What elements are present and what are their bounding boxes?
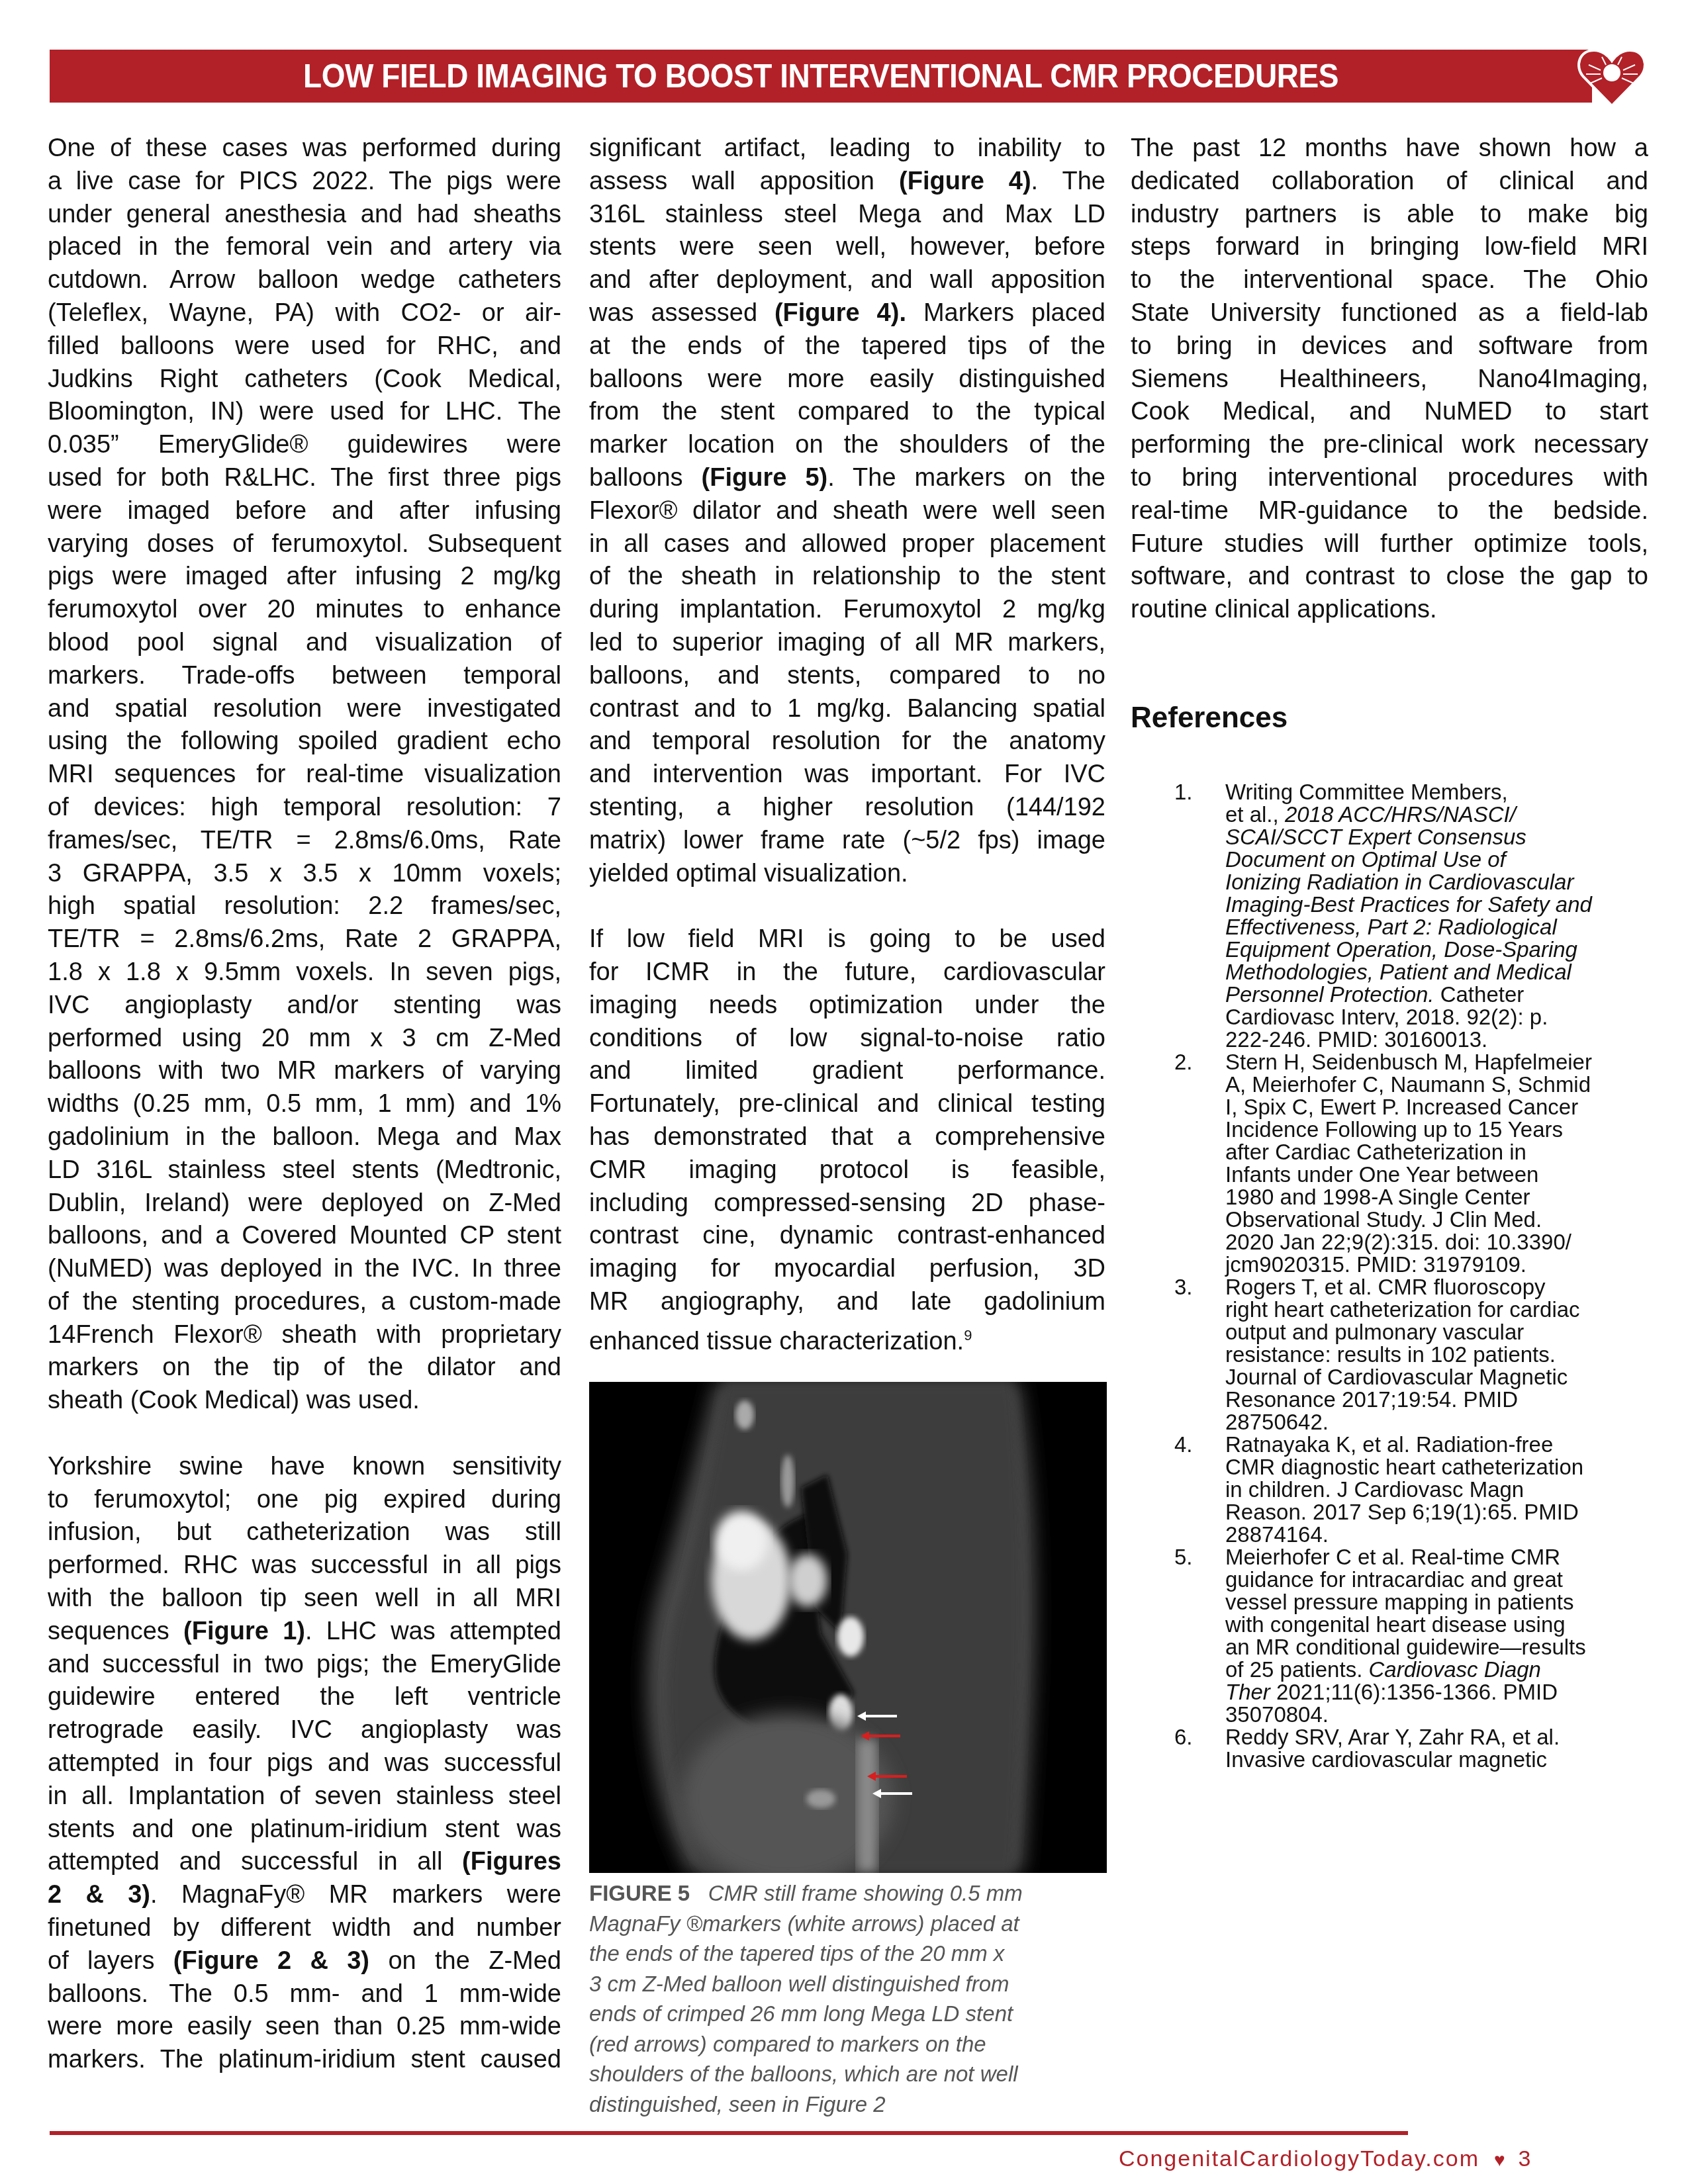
reference-line: Meierhofer C et al. Real-time CMR xyxy=(1225,1546,1660,1569)
reference-line: Journal of Cardiovascular Magnetic xyxy=(1225,1366,1660,1388)
reference-line: guidance for intracardiac and great xyxy=(1225,1569,1660,1591)
text: . The markers on the xyxy=(827,464,1105,492)
page-number: 3 xyxy=(1519,2146,1532,2171)
reference-item: 6.Reddy SRV, Arar Y, Zahr RA, et al.Inva… xyxy=(1131,1726,1660,1771)
text: balloons xyxy=(589,464,702,492)
figure-reference: (Figure 1) xyxy=(183,1617,305,1645)
text-line: performed using 20 mm x 3 cm Z-Med xyxy=(48,1023,561,1056)
text: enhanced tissue characterization. xyxy=(589,1327,964,1355)
reference-line: Infants under One Year between xyxy=(1225,1163,1660,1186)
text: SCAI/SCCT Expert Consensus xyxy=(1225,825,1526,849)
text-line: Fortunately, pre-clinical and clinical t… xyxy=(589,1088,1105,1121)
text-line: 14French Flexor® sheath with proprietary xyxy=(48,1319,561,1352)
text: Invasive cardiovascular magnetic xyxy=(1225,1747,1547,1772)
figure-caption: FIGURE 5 CMR still frame showing 0.5 mm … xyxy=(589,1878,1107,2119)
header-banner: LOW FIELD IMAGING TO BOOST INTERVENTIONA… xyxy=(50,50,1592,103)
text: was assessed xyxy=(589,299,774,327)
reference-line: an MR conditional guidewire—results xyxy=(1225,1636,1660,1659)
text-line: high spatial resolution: 2.2 frames/sec, xyxy=(48,890,561,923)
text-line: to the interventional space. The Ohio xyxy=(1131,264,1648,297)
text: after Cardiac Catheterization in xyxy=(1225,1140,1526,1164)
text-line: balloons were more easily distinguished xyxy=(589,363,1105,396)
reference-number: 4. xyxy=(1174,1433,1193,1456)
text: et al., xyxy=(1225,802,1285,827)
reference-line: resistance: results in 102 patients. xyxy=(1225,1343,1660,1366)
text: 1980 and 1998-A Single Center xyxy=(1225,1185,1530,1209)
figure-reference: (Figure 2 & 3) xyxy=(173,1947,369,1975)
text-line: One of these cases was performed during xyxy=(48,132,561,165)
text-line: at the ends of the tapered tips of the xyxy=(589,330,1105,363)
reference-line: of 25 patients. Cardiovasc Diagn xyxy=(1225,1659,1660,1681)
text-line: balloons, and stents, compared to no xyxy=(589,660,1105,693)
text-line: and after deployment, and wall appositio… xyxy=(589,264,1105,297)
text-line: of the sheath in relationship to the ste… xyxy=(589,561,1105,594)
text-line: imaging for myocardial perfusion, 3D xyxy=(589,1253,1105,1286)
text-line: markers on the tip of the dilator and xyxy=(48,1351,561,1385)
text-line: markers. Trade-offs between temporal xyxy=(48,660,561,693)
reference-line: 35070804. xyxy=(1225,1704,1660,1726)
text: Catheter xyxy=(1434,982,1524,1007)
text-line: contrast cine, dynamic contrast-enhanced xyxy=(589,1220,1105,1253)
text: guidance for intracardiac and great xyxy=(1225,1567,1563,1592)
text: Ionizing Radiation in Cardiovascular xyxy=(1225,870,1573,894)
mri-scan-image xyxy=(589,1382,1107,1873)
caption-line: the ends of the tapered tips of the 20 m… xyxy=(589,1938,1107,1969)
figure-5-mri-image xyxy=(589,1382,1107,1873)
paragraph-gap xyxy=(48,1418,561,1451)
text-line: marker location on the shoulders of the xyxy=(589,429,1105,462)
reference-line: Ratnayaka K, et al. Radiation-free xyxy=(1225,1433,1660,1456)
text: right heart catheterization for cardiac xyxy=(1225,1297,1580,1322)
text: Reddy SRV, Arar Y, Zahr RA, et al. xyxy=(1225,1725,1560,1749)
figure-label: FIGURE 5 xyxy=(589,1881,690,1905)
text-line: yielded optimal visualization. xyxy=(589,858,1105,891)
text-line: real-time MR-guidance to the bedside. xyxy=(1131,495,1648,528)
text: 35070804. xyxy=(1225,1702,1329,1727)
text-line: stents were seen well, however, before xyxy=(589,231,1105,264)
text: with congenital heart disease using xyxy=(1225,1612,1566,1637)
text-line: 1.8 x 1.8 x 9.5mm voxels. In seven pigs, xyxy=(48,956,561,989)
reference-line: Equipment Operation, Dose-Sparing xyxy=(1225,938,1660,961)
text: in children. J Cardiovasc Magn xyxy=(1225,1477,1524,1502)
text-line: were imaged before and after infusing xyxy=(48,495,561,528)
caption-line: FIGURE 5 CMR still frame showing 0.5 mm xyxy=(589,1878,1107,1909)
text-line: a live case for PICS 2022. The pigs were xyxy=(48,165,561,199)
reference-item: 5.Meierhofer C et al. Real-time CMRguida… xyxy=(1131,1546,1660,1726)
text-line: TE/TR = 2.8ms/6.2ms, Rate 2 GRAPPA, xyxy=(48,923,561,956)
reference-line: Resonance 2017;19:54. PMID xyxy=(1225,1388,1660,1411)
text: Equipment Operation, Dose-Sparing xyxy=(1225,937,1577,962)
text-line: performed. RHC was successful in all pig… xyxy=(48,1549,561,1582)
text: I, Spix C, Ewert P. Increased Cancer xyxy=(1225,1095,1578,1119)
references-list: 1.Writing Committee Members,et al., 2018… xyxy=(1131,781,1660,1771)
text: Writing Committee Members, xyxy=(1225,780,1508,804)
text: Meierhofer C et al. Real-time CMR xyxy=(1225,1545,1560,1569)
text-line: pigs were imaged after infusing 2 mg/kg xyxy=(48,561,561,594)
text-line: steps forward in bringing low-field MRI xyxy=(1131,231,1648,264)
figure-reference: (Figures xyxy=(462,1848,561,1876)
footer-site-link[interactable]: CongenitalCardiologyToday.com xyxy=(1119,2146,1479,2171)
text: . LHC was attempted xyxy=(305,1617,561,1645)
text-line: (Teleflex, Wayne, PA) with CO2- or air- xyxy=(48,297,561,330)
text: resistance: results in 102 patients. xyxy=(1225,1342,1556,1367)
text-line: guidewire entered the left ventricle xyxy=(48,1681,561,1714)
page-title: LOW FIELD IMAGING TO BOOST INTERVENTIONA… xyxy=(111,50,1530,103)
text-line: varying doses of ferumoxytol. Subsequent xyxy=(48,528,561,561)
text-line: frames/sec, TE/TR = 2.8ms/6.0ms, Rate xyxy=(48,825,561,858)
reference-item: 3.Rogers T, et al. CMR fluoroscopyright … xyxy=(1131,1276,1660,1433)
text-line: (NuMED) was deployed in the IVC. In thre… xyxy=(48,1253,561,1286)
text-line: enhanced tissue characterization.9 xyxy=(589,1319,1105,1352)
text: Effectiveness, Part 2: Radiological xyxy=(1225,915,1557,939)
footer-rule xyxy=(50,2131,1408,2135)
text-line: to bring in devices and software from xyxy=(1131,330,1648,363)
text-line: industry partners is able to make big xyxy=(1131,199,1648,232)
text-line: attempted and successful in all (Figures xyxy=(48,1846,561,1879)
reference-line: Document on Optimal Use of xyxy=(1225,848,1660,871)
reference-line: after Cardiac Catheterization in xyxy=(1225,1141,1660,1163)
text-line: to bring interventional procedures with xyxy=(1131,462,1648,495)
text: Infants under One Year between xyxy=(1225,1162,1538,1187)
caption-line: MagnaFy ®markers (white arrows) placed a… xyxy=(589,1909,1107,1939)
text-line: gadolinium in the balloon. Mega and Max xyxy=(48,1121,561,1154)
text: on the Z-Med xyxy=(369,1947,561,1975)
text-line: using the following spoiled gradient ech… xyxy=(48,725,561,758)
text: Methodologies, Patient and Medical xyxy=(1225,960,1571,984)
text-line: stents and one platinum-iridium stent wa… xyxy=(48,1813,561,1846)
reference-line: with congenital heart disease using xyxy=(1225,1614,1660,1636)
text-line: of devices: high temporal resolution: 7 xyxy=(48,792,561,825)
reference-line: Effectiveness, Part 2: Radiological xyxy=(1225,916,1660,938)
text-line: balloons, and a Covered Mounted CP stent xyxy=(48,1220,561,1253)
reference-line: et al., 2018 ACC/HRS/NASCI/ xyxy=(1225,803,1660,826)
reference-line: SCAI/SCCT Expert Consensus xyxy=(1225,826,1660,848)
text-line: blood pool signal and visualization of xyxy=(48,627,561,660)
text-line: widths (0.25 mm, 0.5 mm, 1 mm) and 1% xyxy=(48,1088,561,1121)
citation-superscript: 9 xyxy=(964,1327,972,1343)
text-line: has demonstrated that a comprehensive xyxy=(589,1121,1105,1154)
text: Reason. 2017 Sep 6;19(1):65. PMID xyxy=(1225,1500,1579,1524)
text-line: routine clinical applications. xyxy=(1131,594,1648,627)
reference-line: 28750642. xyxy=(1225,1411,1660,1433)
reference-line: Cardiovasc Interv, 2018. 92(2): p. xyxy=(1225,1006,1660,1028)
text: 28874164. xyxy=(1225,1522,1329,1547)
reference-line: Invasive cardiovascular magnetic xyxy=(1225,1749,1660,1771)
text-line: contrast and to 1 mg/kg. Balancing spati… xyxy=(589,693,1105,726)
reference-number: 1. xyxy=(1174,781,1193,803)
column-1-body: One of these cases was performed duringa… xyxy=(48,132,561,2077)
text: Imaging-Best Practices for Safety and xyxy=(1225,892,1592,917)
reference-number: 6. xyxy=(1174,1726,1193,1749)
text-line: State University functioned as a field-l… xyxy=(1131,297,1648,330)
text-line: ferumoxytol over 20 minutes to enhance xyxy=(48,594,561,627)
text: 222-246. PMID: 30160013. xyxy=(1225,1027,1487,1052)
text-line: and spatial resolution were investigated xyxy=(48,693,561,726)
text: Rogers T, et al. CMR fluoroscopy xyxy=(1225,1275,1546,1299)
text: A, Meierhofer C, Naumann S, Schmid xyxy=(1225,1072,1591,1097)
reference-line: 1980 and 1998-A Single Center xyxy=(1225,1186,1660,1208)
reference-number: 5. xyxy=(1174,1546,1193,1569)
text-line: led to superior imaging of all MR marker… xyxy=(589,627,1105,660)
text-line: matrix) lower frame rate (~5/2 fps) imag… xyxy=(589,825,1105,858)
text-line: markers. The platinum-iridium stent caus… xyxy=(48,2044,561,2077)
text: 2018 ACC/HRS/NASCI/ xyxy=(1285,802,1516,827)
text-line: CMR imaging protocol is feasible, xyxy=(589,1154,1105,1187)
text-line: of the stenting procedures, a custom-mad… xyxy=(48,1286,561,1319)
reference-line: A, Meierhofer C, Naumann S, Schmid xyxy=(1225,1073,1660,1096)
text: 2021;11(6):1356-1366. PMID xyxy=(1270,1680,1558,1704)
text-line: of layers (Figure 2 & 3) on the Z-Med xyxy=(48,1945,561,1978)
text-line: for ICMR in the future, cardiovascular xyxy=(589,956,1105,989)
text-line: LD 316L stainless steel stents (Medtroni… xyxy=(48,1154,561,1187)
heart-logo-icon xyxy=(1575,45,1648,111)
text: Document on Optimal Use of xyxy=(1225,847,1506,872)
figure-reference: (Figure 4) xyxy=(899,167,1031,195)
text-line: in all. Implantation of seven stainless … xyxy=(48,1780,561,1813)
paragraph-gap xyxy=(589,890,1105,923)
text: of layers xyxy=(48,1947,173,1975)
text-line: If low field MRI is going to be used xyxy=(589,923,1105,956)
text-line: and temporal resolution for the anatomy xyxy=(589,725,1105,758)
column-2-body: significant artifact, leading to inabili… xyxy=(589,132,1105,1351)
text-line: significant artifact, leading to inabili… xyxy=(589,132,1105,165)
text-line: from the stent compared to the typical xyxy=(589,396,1105,429)
text: an MR conditional guidewire—results xyxy=(1225,1635,1586,1659)
text: sequences xyxy=(48,1617,183,1645)
text-line: sequences (Figure 1). LHC was attempted xyxy=(48,1615,561,1649)
text-line: Judkins Right catheters (Cook Medical, xyxy=(48,363,561,396)
reference-text: Writing Committee Members,et al., 2018 A… xyxy=(1225,781,1660,1051)
reference-line: Methodologies, Patient and Medical xyxy=(1225,961,1660,983)
text-line: dedicated collaboration of clinical and xyxy=(1131,165,1648,199)
reference-text: Stern H, Seidenbusch M, HapfelmeierA, Me… xyxy=(1225,1051,1660,1276)
text-line: Flexor® dilator and sheath were well see… xyxy=(589,495,1105,528)
text: Markers placed xyxy=(906,299,1105,327)
reference-line: 222-246. PMID: 30160013. xyxy=(1225,1028,1660,1051)
text-line: Bloomington, IN) were used for LHC. The xyxy=(48,396,561,429)
reference-line: Rogers T, et al. CMR fluoroscopy xyxy=(1225,1276,1660,1298)
text-line: performing the pre-clinical work necessa… xyxy=(1131,429,1648,462)
text-line: Dublin, Ireland) were deployed on Z-Med xyxy=(48,1187,561,1220)
text-line: were more easily seen than 0.25 mm-wide xyxy=(48,2011,561,2044)
reference-line: right heart catheterization for cardiac xyxy=(1225,1298,1660,1321)
text-line: with the balloon tip seen well in all MR… xyxy=(48,1582,561,1615)
column-3-body: The past 12 months have shown how adedic… xyxy=(1131,132,1648,627)
text-line: MR angiography, and late gadolinium xyxy=(589,1286,1105,1319)
text-line: finetuned by different width and number xyxy=(48,1912,561,1945)
text-line: in all cases and allowed proper placemen… xyxy=(589,528,1105,561)
caption-line: distinguished, seen in Figure 2 xyxy=(589,2089,1107,2120)
text-line: balloons (Figure 5). The markers on the xyxy=(589,462,1105,495)
text-line: 2 & 3). MagnaFy® MR markers were xyxy=(48,1879,561,1912)
reference-number: 2. xyxy=(1174,1051,1193,1073)
reference-line: Imaging-Best Practices for Safety and xyxy=(1225,893,1660,916)
text-line: under general anesthesia and had sheaths xyxy=(48,199,561,232)
text: output and pulmonary vascular xyxy=(1225,1320,1524,1344)
reference-text: Rogers T, et al. CMR fluoroscopyright he… xyxy=(1225,1276,1660,1433)
figure-reference: 2 & 3) xyxy=(48,1881,150,1909)
reference-number: 3. xyxy=(1174,1276,1193,1298)
text: 2020 Jan 22;9(2):315. doi: 10.3390/ xyxy=(1225,1230,1571,1254)
text-line: sheath (Cook Medical) was used. xyxy=(48,1385,561,1418)
text: Cardiovasc Diagn xyxy=(1368,1657,1540,1682)
figure-reference: (Figure 5) xyxy=(702,464,828,492)
text: Resonance 2017;19:54. PMID xyxy=(1225,1387,1518,1412)
text-line: and intervention was important. For IVC xyxy=(589,758,1105,792)
text: jcm9020315. PMID: 31979109. xyxy=(1225,1252,1526,1277)
caption-line: 3 cm Z-Med balloon well distinguished fr… xyxy=(589,1969,1107,1999)
text-line: Yorkshire swine have known sensitivity xyxy=(48,1451,561,1484)
reference-line: CMR diagnostic heart catheterization xyxy=(1225,1456,1660,1479)
caption-line: ends of crimped 26 mm long Mega LD stent xyxy=(589,1999,1107,2029)
text: Observational Study. J Clin Med. xyxy=(1225,1207,1542,1232)
reference-line: Observational Study. J Clin Med. xyxy=(1225,1208,1660,1231)
reference-line: Incidence Following up to 15 Years xyxy=(1225,1118,1660,1141)
reference-line: Ionizing Radiation in Cardiovascular xyxy=(1225,871,1660,893)
footer: CongenitalCardiologyToday.com♥3 xyxy=(1119,2144,1635,2173)
text: . MagnaFy® MR markers were xyxy=(150,1881,561,1909)
reference-line: Ther 2021;11(6):1356-1366. PMID xyxy=(1225,1681,1660,1704)
text-line: cutdown. Arrow balloon wedge catheters xyxy=(48,264,561,297)
text: Incidence Following up to 15 Years xyxy=(1225,1117,1563,1142)
reference-line: Reason. 2017 Sep 6;19(1):65. PMID xyxy=(1225,1501,1660,1524)
reference-item: 2.Stern H, Seidenbusch M, HapfelmeierA, … xyxy=(1131,1051,1660,1276)
text-line: balloons with two MR markers of varying xyxy=(48,1055,561,1088)
text: Stern H, Seidenbusch M, Hapfelmeier xyxy=(1225,1050,1592,1074)
text: CMR diagnostic heart catheterization xyxy=(1225,1455,1583,1479)
text-line: filled balloons were used for RHC, and xyxy=(48,330,561,363)
text-line: 316L stainless steel Mega and Max LD xyxy=(589,199,1105,232)
text-line: retrograde easily. IVC angioplasty was xyxy=(48,1714,561,1747)
reference-line: output and pulmonary vascular xyxy=(1225,1321,1660,1343)
reference-text: Ratnayaka K, et al. Radiation-freeCMR di… xyxy=(1225,1433,1660,1546)
heart-icon: ♥ xyxy=(1494,2146,1507,2175)
text-line: Cook Medical, and NuMED to start xyxy=(1131,396,1648,429)
text-line: during implantation. Ferumoxytol 2 mg/kg xyxy=(589,594,1105,627)
caption-text: CMR still frame showing 0.5 mm xyxy=(708,1881,1023,1905)
text-line: MRI sequences for real-time visualizatio… xyxy=(48,758,561,792)
text-line: infusion, but catheterization was still xyxy=(48,1516,561,1549)
text-line: attempted in four pigs and was successfu… xyxy=(48,1747,561,1780)
text: Ther xyxy=(1225,1680,1270,1704)
text: Personnel Protection. xyxy=(1225,982,1434,1007)
text-line: The past 12 months have shown how a xyxy=(1131,132,1648,165)
reference-line: Reddy SRV, Arar Y, Zahr RA, et al. xyxy=(1225,1726,1660,1749)
reference-line: jcm9020315. PMID: 31979109. xyxy=(1225,1253,1660,1276)
text-line: conditions of low signal-to-noise ratio xyxy=(589,1023,1105,1056)
column-2-rest: Flexor® dilator and sheath were well see… xyxy=(589,495,1105,1352)
reference-text: Reddy SRV, Arar Y, Zahr RA, et al.Invasi… xyxy=(1225,1726,1660,1771)
reference-text: Meierhofer C et al. Real-time CMRguidanc… xyxy=(1225,1546,1660,1726)
text-line: and successful in two pigs; the EmeryGli… xyxy=(48,1649,561,1682)
text: 28750642. xyxy=(1225,1410,1329,1434)
reference-line: in children. J Cardiovasc Magn xyxy=(1225,1479,1660,1501)
reference-line: 2020 Jan 22;9(2):315. doi: 10.3390/ xyxy=(1225,1231,1660,1253)
reference-line: 28874164. xyxy=(1225,1524,1660,1546)
text-line: software, and contrast to close the gap … xyxy=(1131,561,1648,594)
references-heading: References xyxy=(1131,702,1288,735)
text-line: was assessed (Figure 4). Markers placed xyxy=(589,297,1105,330)
text: Journal of Cardiovascular Magnetic xyxy=(1225,1365,1568,1389)
text-line: balloons. The 0.5 mm- and 1 mm-wide xyxy=(48,1978,561,2011)
text-line: Future studies will further optimize too… xyxy=(1131,528,1648,561)
reference-line: I, Spix C, Ewert P. Increased Cancer xyxy=(1225,1096,1660,1118)
text-line: stenting, a higher resolution (144/192 xyxy=(589,792,1105,825)
text: . The xyxy=(1031,167,1105,195)
text: of 25 patients. xyxy=(1225,1657,1368,1682)
figure-reference: (Figure 4). xyxy=(774,299,906,327)
text-line: imaging needs optimization under the xyxy=(589,989,1105,1023)
caption-line: (red arrows) compared to markers on the xyxy=(589,2029,1107,2060)
text-line: and limited gradient performance. xyxy=(589,1055,1105,1088)
text-line: including compressed-sensing 2D phase- xyxy=(589,1187,1105,1220)
reference-line: Personnel Protection. Catheter xyxy=(1225,983,1660,1006)
text-line: used for both R&LHC. The first three pig… xyxy=(48,462,561,495)
text: assess wall apposition xyxy=(589,167,899,195)
text-line: assess wall apposition (Figure 4). The xyxy=(589,165,1105,199)
text-line: Siemens Healthineers, Nano4Imaging, xyxy=(1131,363,1648,396)
text-line: 0.035” EmeryGlide® guidewires were xyxy=(48,429,561,462)
text-line: 3 GRAPPA, 3.5 x 3.5 x 10mm voxels; xyxy=(48,858,561,891)
caption-line: shoulders of the balloons, which are not… xyxy=(589,2059,1107,2089)
text: vessel pressure mapping in patients xyxy=(1225,1590,1573,1614)
text: Cardiovasc Interv, 2018. 92(2): p. xyxy=(1225,1005,1548,1029)
reference-line: Writing Committee Members, xyxy=(1225,781,1660,803)
reference-line: Stern H, Seidenbusch M, Hapfelmeier xyxy=(1225,1051,1660,1073)
reference-item: 4.Ratnayaka K, et al. Radiation-freeCMR … xyxy=(1131,1433,1660,1546)
text-line: placed in the femoral vein and artery vi… xyxy=(48,231,561,264)
reference-item: 1.Writing Committee Members,et al., 2018… xyxy=(1131,781,1660,1051)
text-line: to ferumoxytol; one pig expired during xyxy=(48,1484,561,1517)
text: Ratnayaka K, et al. Radiation-free xyxy=(1225,1432,1553,1457)
text: attempted and successful in all xyxy=(48,1848,462,1876)
text-line: IVC angioplasty and/or stenting was xyxy=(48,989,561,1023)
reference-line: vessel pressure mapping in patients xyxy=(1225,1591,1660,1614)
